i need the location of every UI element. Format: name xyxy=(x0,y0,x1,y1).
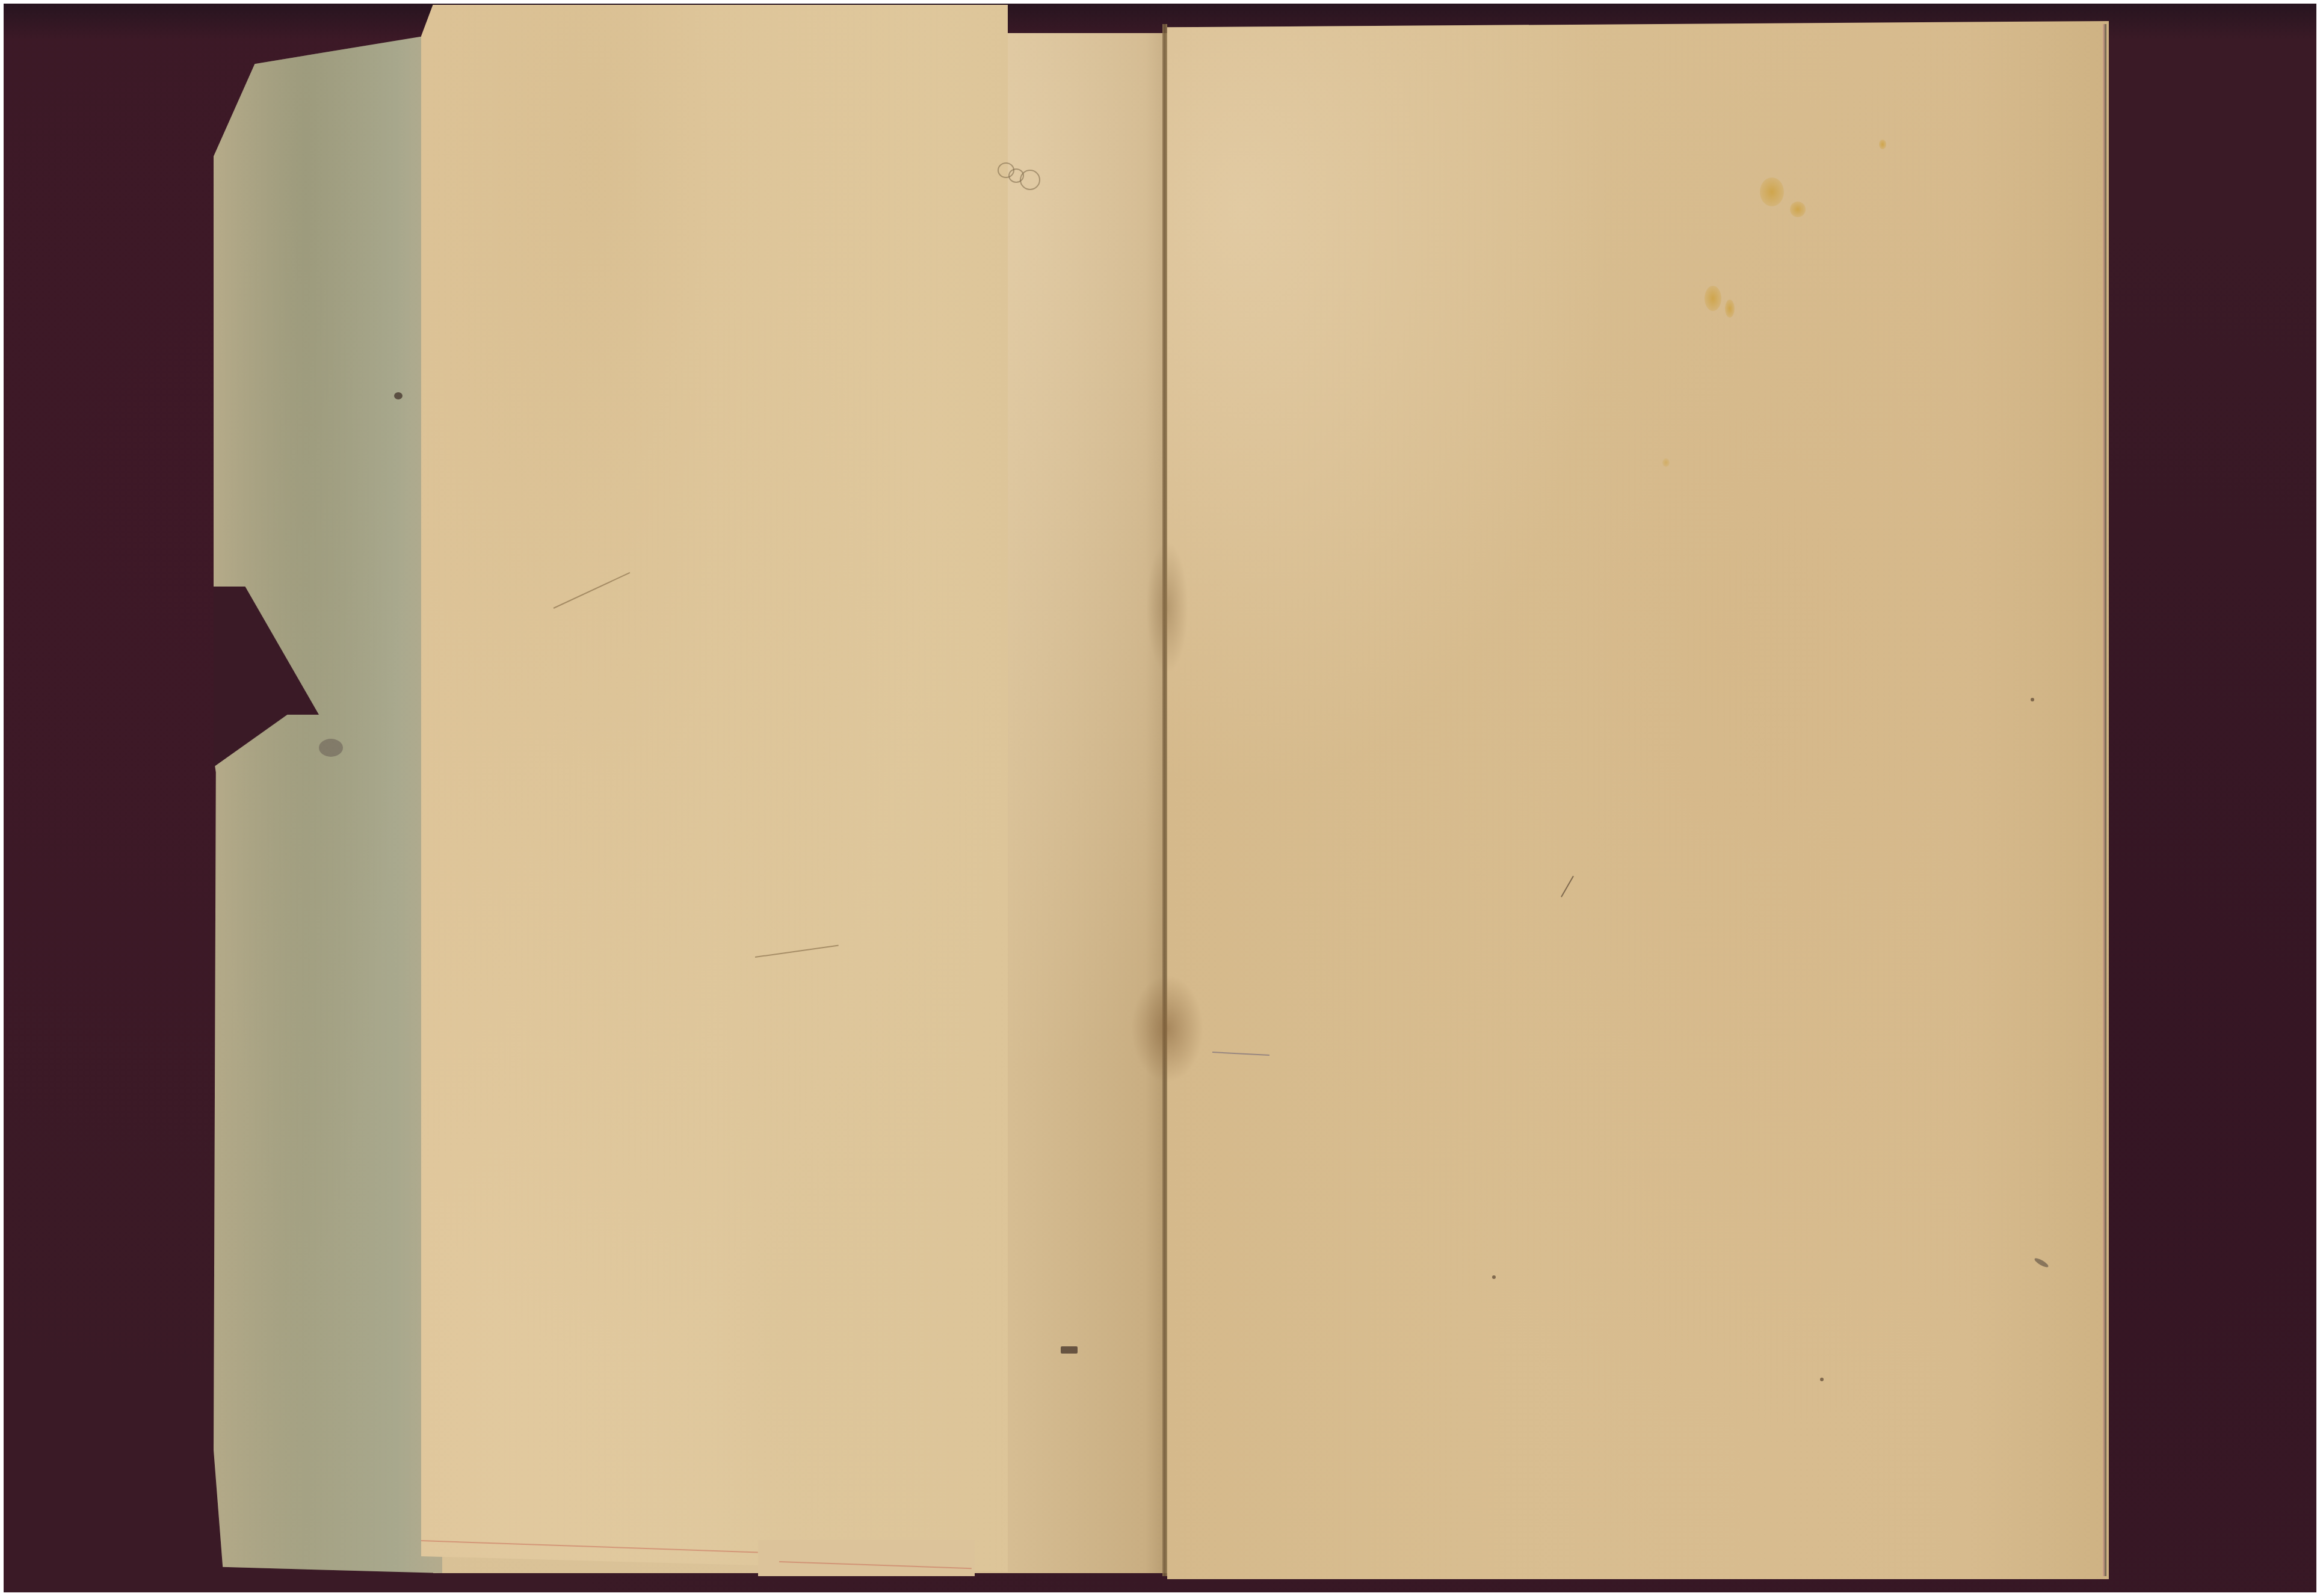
folded-flap-page xyxy=(421,5,1008,1572)
pencil-doodle-loop xyxy=(1020,170,1040,190)
ink-speck xyxy=(319,739,343,757)
ink-speck xyxy=(2031,698,2034,701)
foxing-stain xyxy=(1662,458,1670,467)
gutter-water-stain xyxy=(1146,541,1188,674)
ink-speck xyxy=(394,392,403,399)
foxing-stain xyxy=(1725,300,1735,318)
ink-speck xyxy=(1061,1346,1078,1354)
foxing-stain xyxy=(1760,177,1784,206)
ink-speck xyxy=(1820,1378,1824,1381)
torn-flyleaf xyxy=(214,33,442,1573)
ink-speck xyxy=(1492,1275,1496,1279)
book-gutter xyxy=(1162,24,1167,1576)
right-page-edge xyxy=(2103,24,2106,1576)
right-page xyxy=(1167,21,2109,1579)
foxing-stain xyxy=(1790,202,1806,217)
foxing-stain xyxy=(1879,140,1886,149)
foxing-stain xyxy=(1705,286,1721,311)
flap-lower-tab xyxy=(758,1540,975,1576)
